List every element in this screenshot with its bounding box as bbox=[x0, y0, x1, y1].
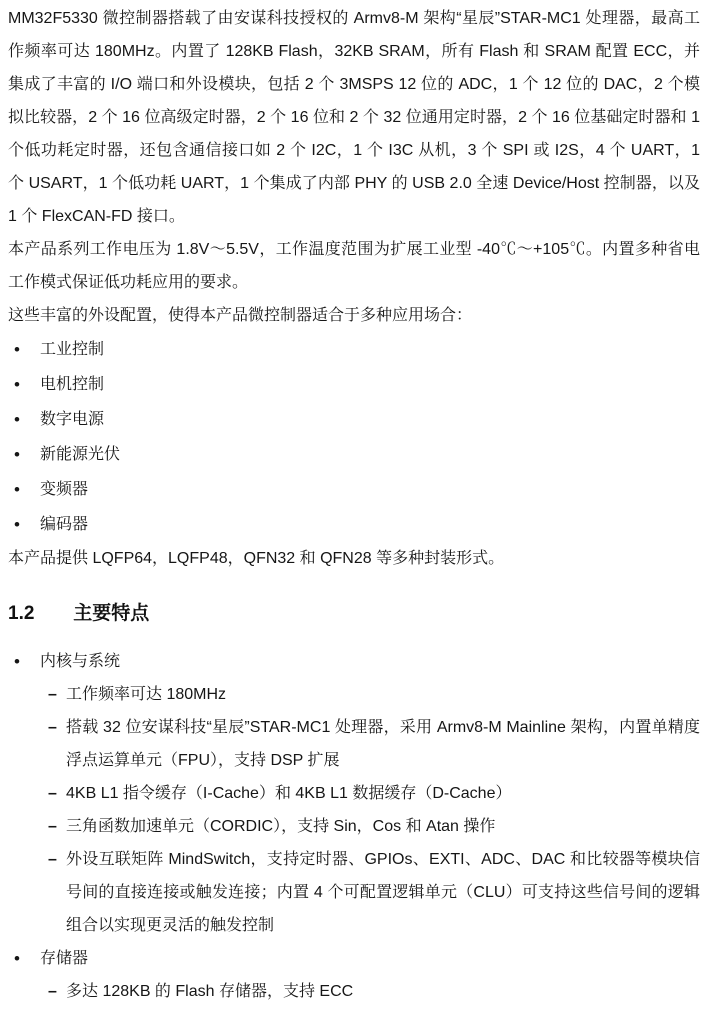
feature-item: – 工作频率可达 180MHz bbox=[8, 678, 700, 711]
feature-group-core: • 内核与系统 bbox=[8, 645, 700, 678]
operating-conditions-paragraph: 本产品系列工作电压为 1.8V～5.5V，工作温度范围为扩展工业型 -40℃～+… bbox=[8, 233, 700, 299]
bullet-icon: • bbox=[14, 437, 20, 472]
application-item-label: 变频器 bbox=[40, 481, 88, 498]
bullet-icon: • bbox=[14, 472, 20, 507]
feature-item-text: 外设互联矩阵 MindSwitch，支持定时器、GPIOs、EXTI、ADC、D… bbox=[66, 851, 700, 934]
feature-item: – 4KB L1 指令缓存（I-Cache）和 4KB L1 数据缓存（D-Ca… bbox=[8, 777, 700, 810]
dash-icon: – bbox=[48, 711, 57, 744]
feature-group-memory: • 存储器 bbox=[8, 942, 700, 975]
list-item: • 工业控制 bbox=[8, 332, 700, 367]
bullet-icon: • bbox=[14, 645, 20, 678]
feature-group-label: 存储器 bbox=[40, 950, 88, 967]
application-item-label: 编码器 bbox=[40, 516, 88, 533]
application-list: • 工业控制 • 电机控制 • 数字电源 • 新能源光伏 • 变频器 • 编码器 bbox=[8, 332, 700, 542]
bullet-icon: • bbox=[14, 332, 20, 367]
applications-intro-paragraph: 这些丰富的外设配置，使得本产品微控制器适合于多种应用场合： bbox=[8, 299, 700, 332]
feature-item: – 三角函数加速单元（CORDIC），支持 Sin，Cos 和 Atan 操作 bbox=[8, 810, 700, 843]
bullet-icon: • bbox=[14, 942, 20, 975]
application-item-label: 数字电源 bbox=[40, 411, 104, 428]
dash-icon: – bbox=[48, 678, 57, 711]
package-paragraph: 本产品提供 LQFP64，LQFP48，QFN32 和 QFN28 等多种封装形… bbox=[8, 542, 700, 575]
list-item: • 变频器 bbox=[8, 472, 700, 507]
dash-icon: – bbox=[48, 777, 57, 810]
application-item-label: 工业控制 bbox=[40, 341, 104, 358]
feature-item-text: 4KB L1 指令缓存（I-Cache）和 4KB L1 数据缓存（D-Cach… bbox=[66, 785, 511, 802]
list-item: • 电机控制 bbox=[8, 367, 700, 402]
application-item-label: 新能源光伏 bbox=[40, 446, 120, 463]
bullet-icon: • bbox=[14, 367, 20, 402]
feature-item: – 多达 128KB 的 Flash 存储器，支持 ECC bbox=[8, 975, 700, 1008]
section-title: 主要特点 bbox=[73, 603, 149, 624]
dash-icon: – bbox=[48, 843, 57, 876]
bullet-icon: • bbox=[14, 402, 20, 437]
feature-item: – 搭载 32 位安谋科技“星辰”STAR-MC1 处理器，采用 Armv8-M… bbox=[8, 711, 700, 777]
datasheet-page: MM32F5330 微控制器搭载了由安谋科技授权的 Armv8-M 架构“星辰”… bbox=[0, 0, 709, 1008]
feature-item: – 外设互联矩阵 MindSwitch，支持定时器、GPIOs、EXTI、ADC… bbox=[8, 843, 700, 942]
feature-group-label: 内核与系统 bbox=[40, 653, 120, 670]
list-item: • 数字电源 bbox=[8, 402, 700, 437]
feature-item-text: 多达 128KB 的 Flash 存储器，支持 ECC bbox=[66, 983, 353, 1000]
section-heading: 1.2 主要特点 bbox=[8, 601, 700, 627]
bullet-icon: • bbox=[14, 507, 20, 542]
list-item: • 新能源光伏 bbox=[8, 437, 700, 472]
dash-icon: – bbox=[48, 810, 57, 843]
feature-item-text: 搭载 32 位安谋科技“星辰”STAR-MC1 处理器，采用 Armv8-M M… bbox=[66, 719, 700, 769]
application-item-label: 电机控制 bbox=[40, 376, 104, 393]
intro-paragraph: MM32F5330 微控制器搭载了由安谋科技授权的 Armv8-M 架构“星辰”… bbox=[8, 2, 700, 233]
dash-icon: – bbox=[48, 975, 57, 1008]
list-item: • 编码器 bbox=[8, 507, 700, 542]
feature-item-text: 三角函数加速单元（CORDIC），支持 Sin，Cos 和 Atan 操作 bbox=[66, 818, 495, 835]
features-list: • 内核与系统 – 工作频率可达 180MHz – 搭载 32 位安谋科技“星辰… bbox=[8, 645, 700, 1008]
section-number: 1.2 bbox=[8, 601, 68, 627]
feature-item-text: 工作频率可达 180MHz bbox=[66, 686, 226, 703]
